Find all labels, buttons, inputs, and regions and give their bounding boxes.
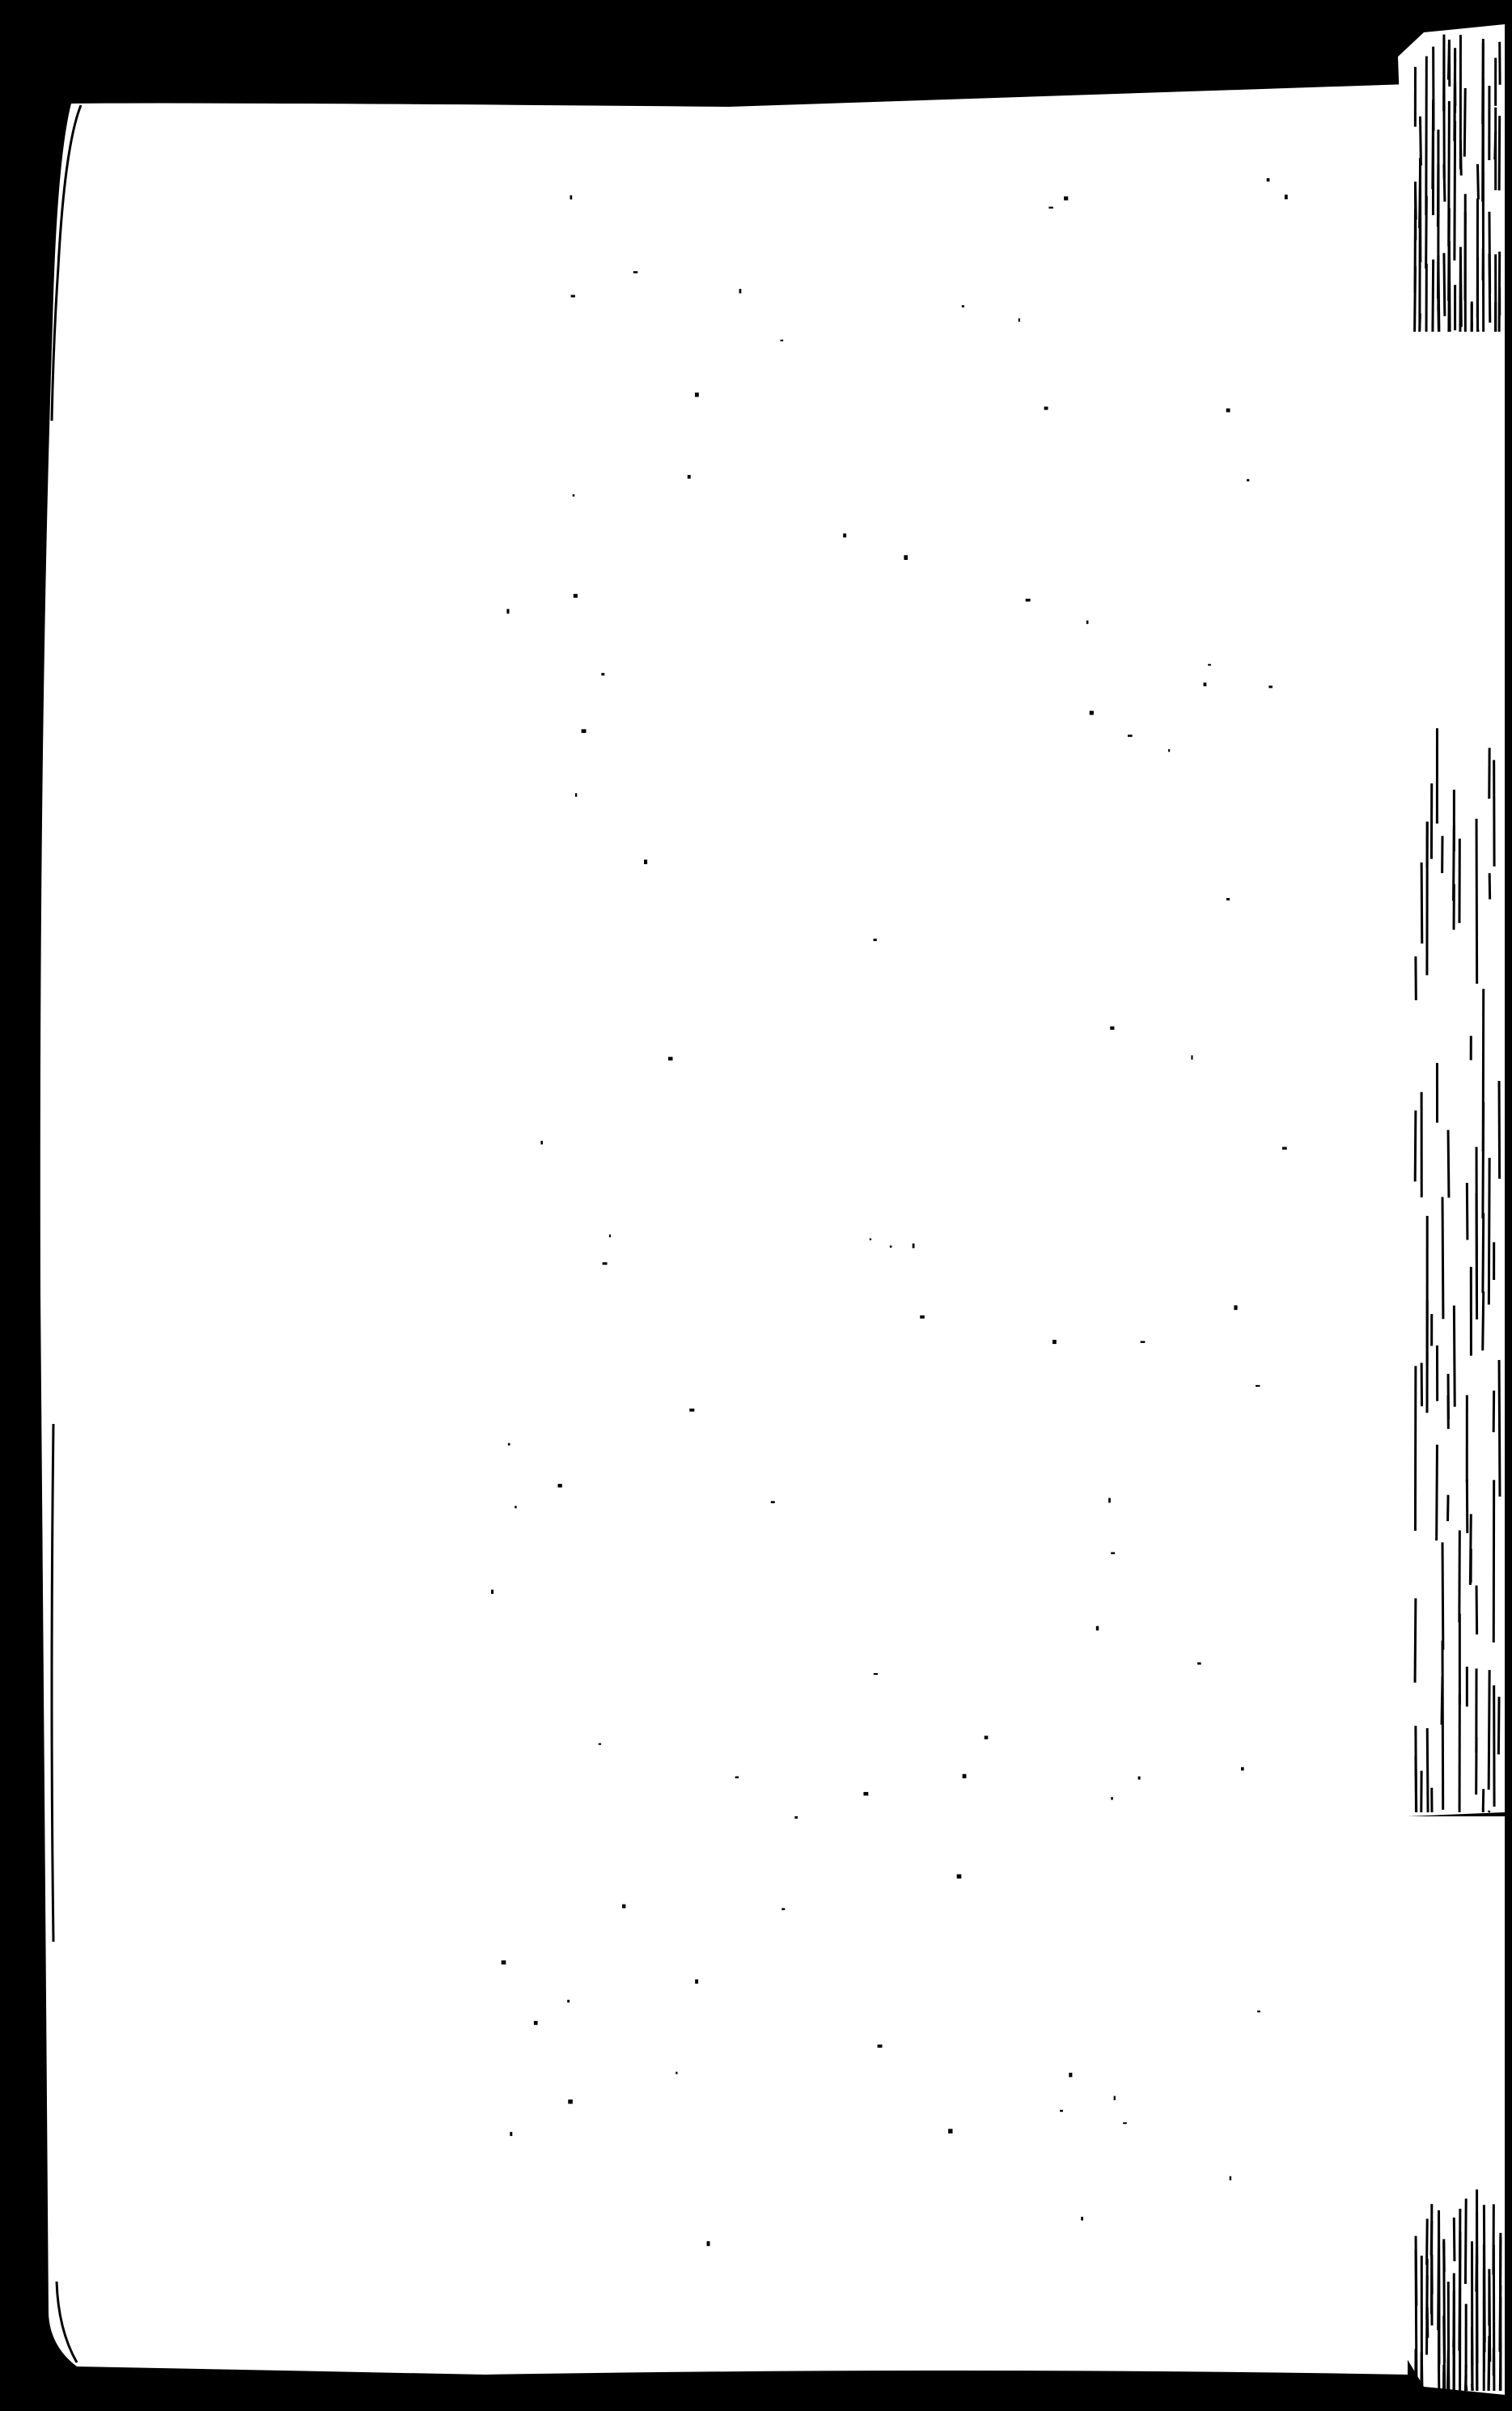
scanned-page-image	[0, 0, 1512, 2411]
book-page	[40, 84, 1408, 2375]
page-tab	[1408, 332, 1505, 728]
page-tab-lower	[1408, 1816, 1505, 2184]
